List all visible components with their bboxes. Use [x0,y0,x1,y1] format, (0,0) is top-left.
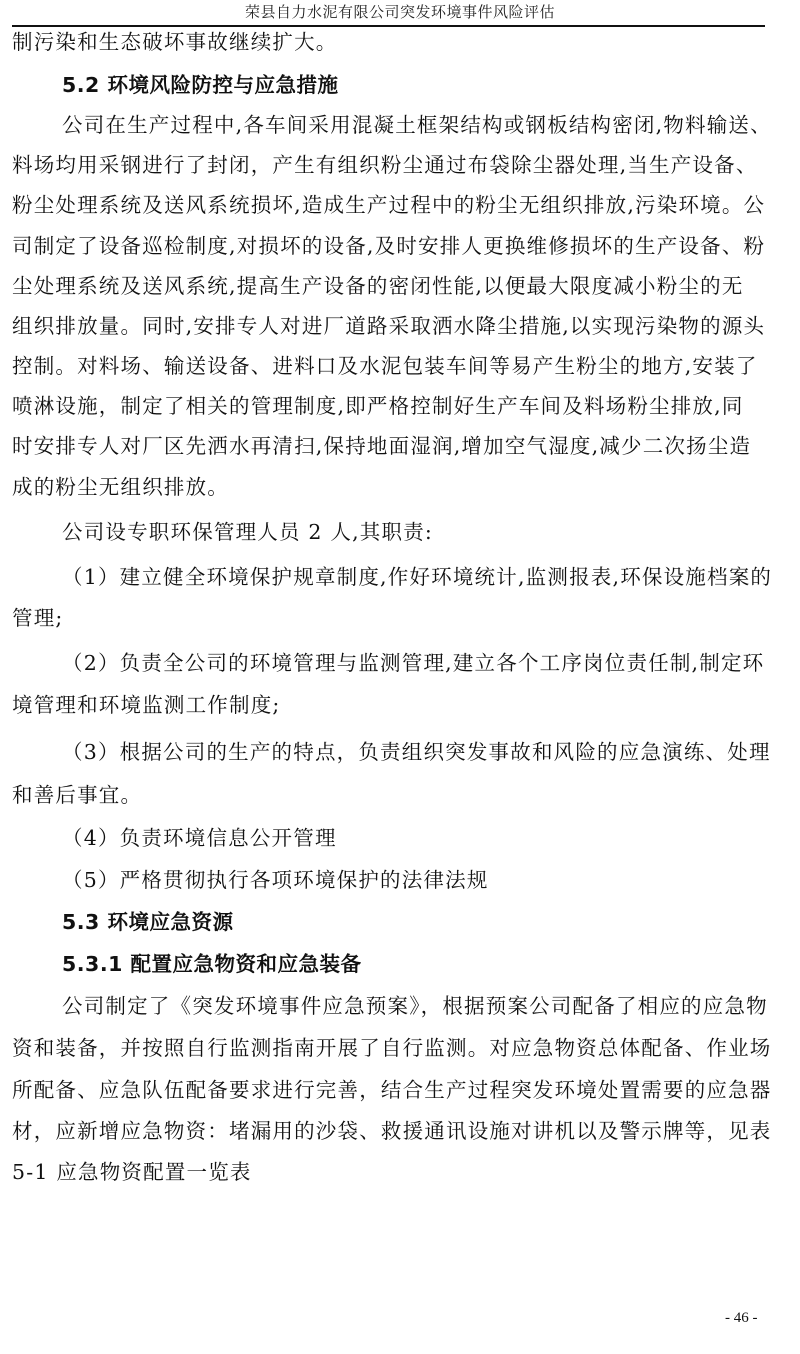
text-line: 制污染和生态破坏事故继续扩大。 [12,28,772,56]
text-line: 公司在生产过程中,各车间采用混凝土框架结构或钢板结构密闭,物料输送、 [62,111,800,139]
text-line: 控制。对料场、输送设备、进料口及水泥包装车间等易产生粉尘的地方,安装了 [12,352,772,380]
page-number: - 46 - [725,1310,758,1327]
section-heading: 5.2 环境风险防控与应急措施 [62,71,800,99]
text-line: 组织排放量。同时,安排专人对进厂道路采取洒水降尘措施,以实现污染物的源头 [12,312,772,340]
text-line: 料场均用采钢进行了封闭，产生有组织粉尘通过布袋除尘器处理,当生产设备、 [12,151,772,179]
header-rule [12,25,765,27]
text-line: 管理; [12,604,772,632]
text-line: 成的粉尘无组织排放。 [12,473,772,501]
text-line: （2）负责全公司的环境管理与监测管理,建立各个工序岗位责任制,制定环 [62,649,800,677]
text-line: 所配备、应急队伍配备要求进行完善，结合生产过程突发环境处置需要的应急器 [12,1076,772,1104]
section-heading: 5.3.1 配置应急物资和应急装备 [62,950,800,978]
text-line: （3）根据公司的生产的特点，负责组织突发事故和风险的应急演练、处理 [62,738,800,766]
text-line: （5）严格贯彻执行各项环境保护的法律法规 [62,866,800,894]
text-line: 资和装备，并按照自行监测指南开展了自行监测。对应急物资总体配备、作业场 [12,1034,772,1062]
text-line: 尘处理系统及送风系统,提高生产设备的密闭性能,以便最大限度减小粉尘的无 [12,272,772,300]
text-line: （4）负责环境信息公开管理 [62,824,800,852]
text-line: 司制定了设备巡检制度,对损坏的设备,及时安排人更换维修损坏的生产设备、粉 [12,232,772,260]
text-line: 时安排专人对厂区先洒水再清扫,保持地面湿润,增加空气湿度,减少二次扬尘造 [12,432,772,460]
text-line: 公司设专职环保管理人员 2 人,其职责: [62,518,800,546]
text-line: （1）建立健全环境保护规章制度,作好环境统计,监测报表,环保设施档案的 [62,563,800,591]
text-line: 境管理和环境监测工作制度; [12,691,772,719]
section-heading: 5.3 环境应急资源 [62,908,800,936]
text-line: 喷淋设施，制定了相关的管理制度,即严格控制好生产车间及料场粉尘排放,同 [12,392,772,420]
text-line: 5-1 应急物资配置一览表 [12,1158,772,1186]
text-line: 材，应新增应急物资：堵漏用的沙袋、救援通讯设施对讲机以及警示牌等，见表 [12,1117,772,1145]
running-header: 荣县自力水泥有限公司突发环境事件风险评估 [0,2,800,22]
text-line: 公司制定了《突发环境事件应急预案》，根据预案公司配备了相应的应急物 [62,992,800,1020]
text-line: 和善后事宜。 [12,781,772,809]
text-line: 粉尘处理系统及送风系统损坏,造成生产过程中的粉尘无组织排放,污染环境。公 [12,191,772,219]
